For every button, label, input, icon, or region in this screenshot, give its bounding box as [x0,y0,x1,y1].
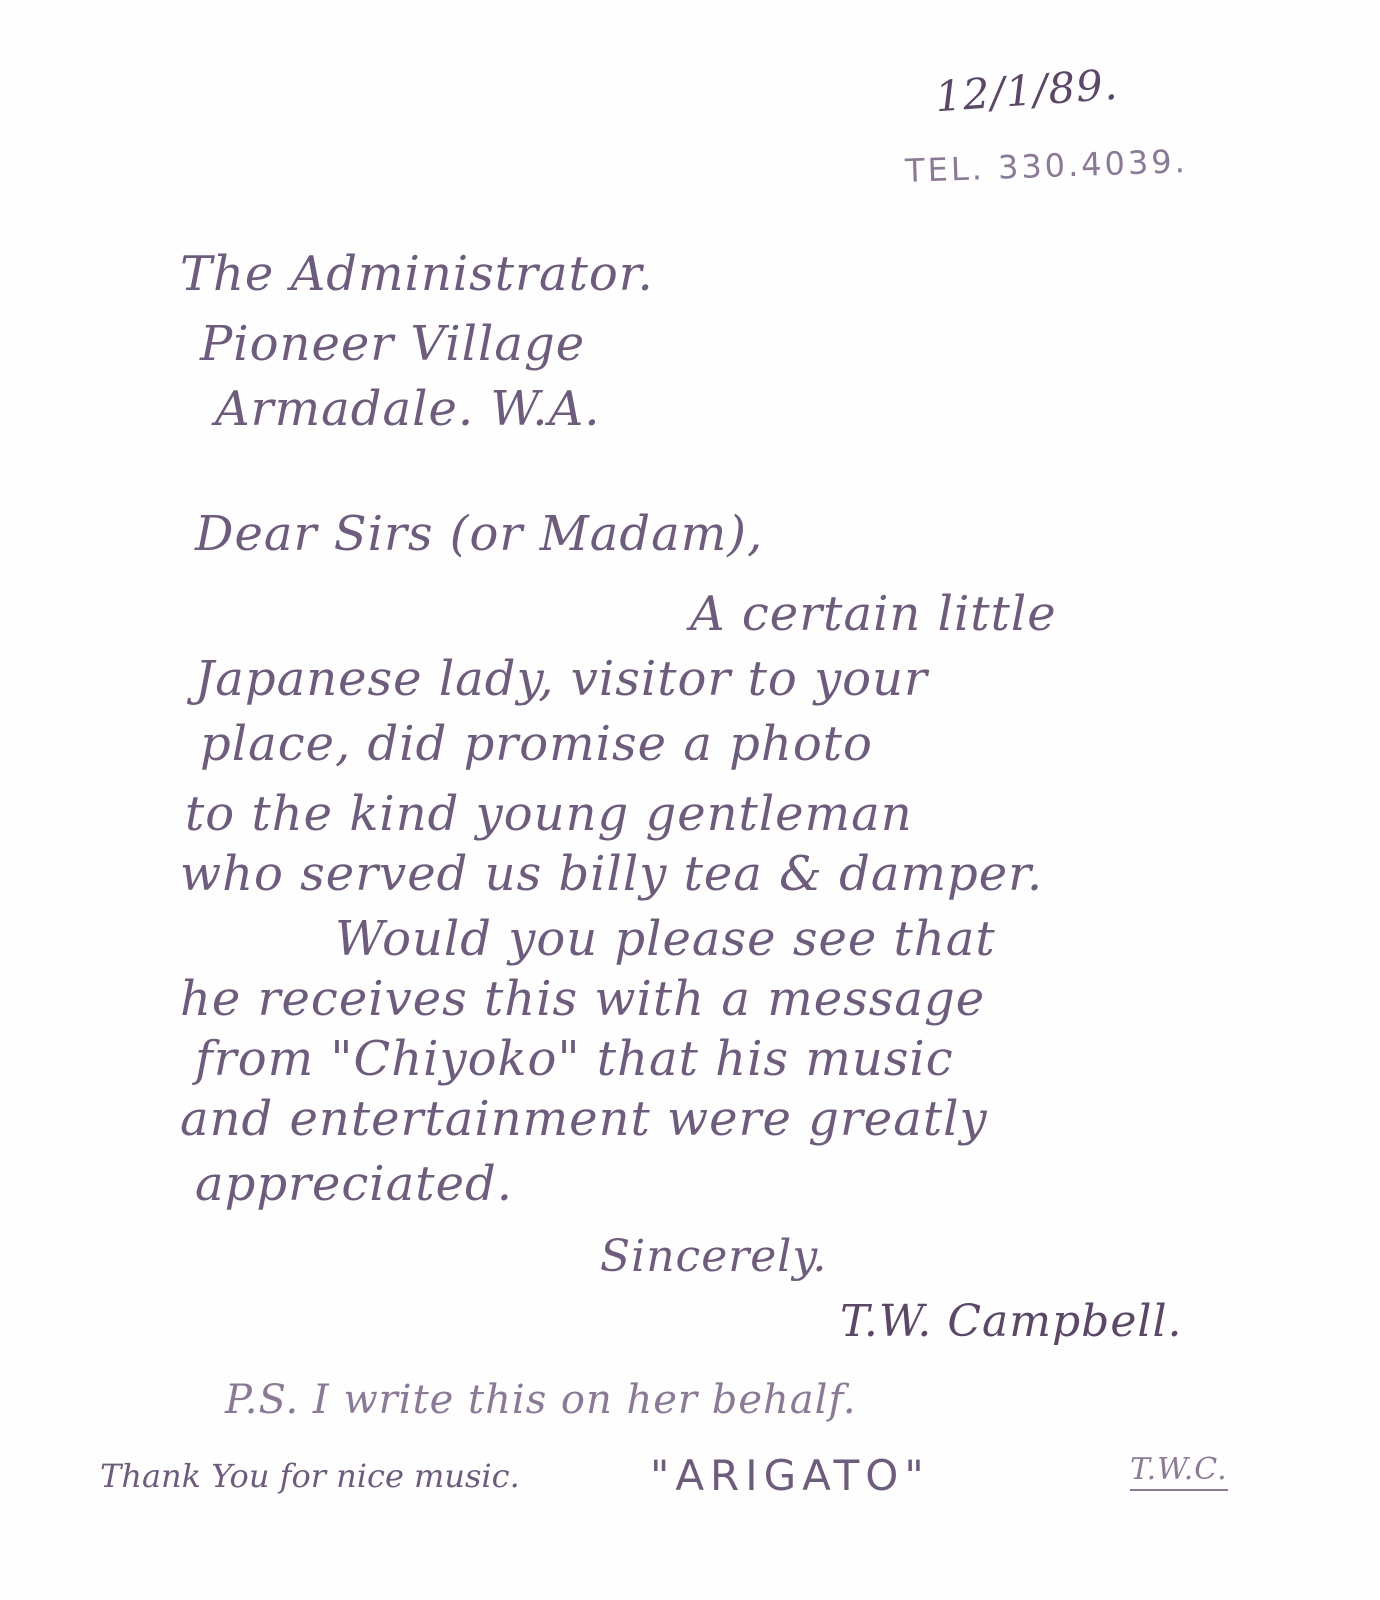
initials: T.W.C. [1130,1455,1228,1491]
address-line-organization: Pioneer Village [200,320,585,368]
body-line: Japanese lady, visitor to your [195,655,928,703]
salutation: Dear Sirs (or Madam), [195,510,763,558]
letter-date: 12/1/89. [934,64,1120,119]
body-line: who served us billy tea & damper. [180,850,1043,898]
telephone-number: TEL. 330.4039. [905,145,1189,187]
body-line: appreciated. [195,1160,513,1208]
body-line: A certain little [690,590,1057,638]
address-line-location: Armadale. W.A. [215,385,600,433]
body-line: Would you please see that [335,915,996,963]
thanks-note: Thank You for nice music. [100,1460,520,1492]
signature: T.W. Campbell. [840,1300,1183,1344]
postscript: P.S. I write this on her behalf. [225,1380,857,1420]
body-line: to the kind young gentleman [185,790,913,838]
closing: Sincerely. [600,1235,827,1279]
body-line: from "Chiyoko" that his music [195,1035,954,1083]
body-line: he receives this with a message [180,975,985,1023]
arigato-note: "ARIGATO" [650,1455,930,1497]
body-line: and entertainment were greatly [180,1095,988,1143]
address-line-recipient: The Administrator. [180,250,654,298]
body-line: place, did promise a photo [200,720,873,768]
letter-page: 12/1/89. TEL. 330.4039. The Administrato… [0,0,1380,1600]
